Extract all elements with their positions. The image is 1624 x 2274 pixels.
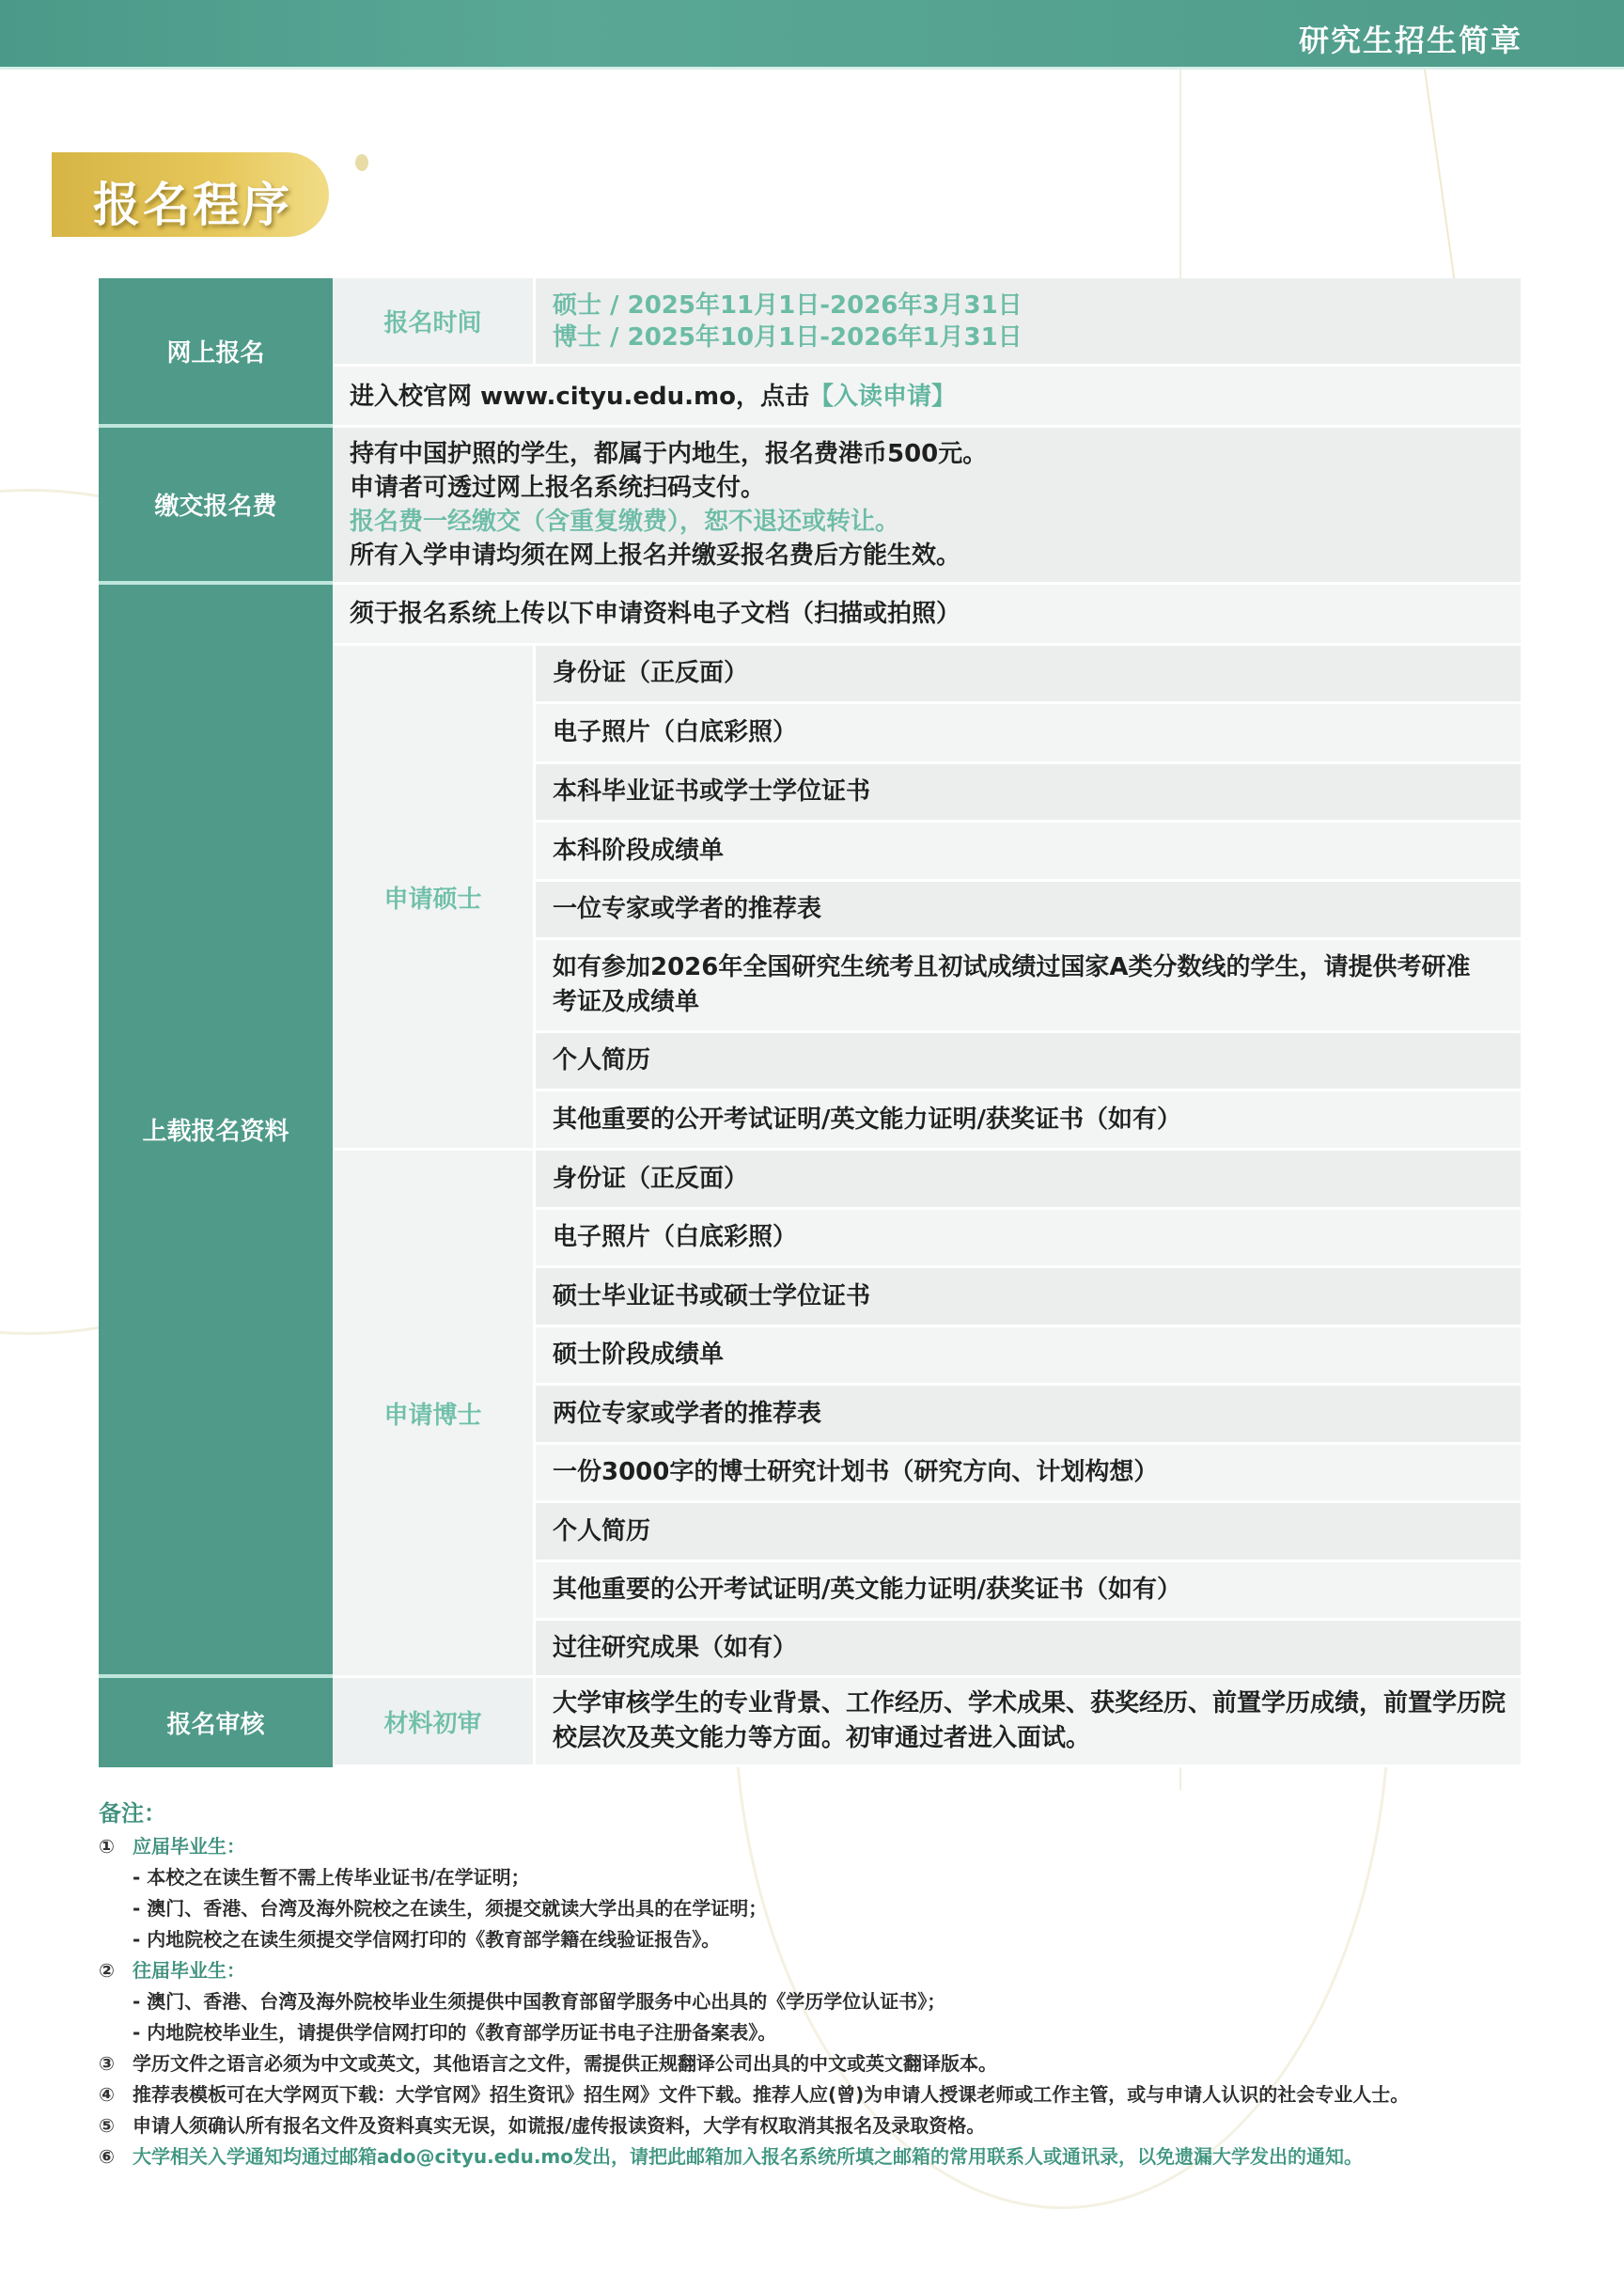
note-line: - 内地院校之在读生须提交学信网打印的《教育部学籍在线验证报告》。 xyxy=(99,1924,1527,1955)
master-item: 电子照片（白底彩照） xyxy=(536,704,1521,764)
row-label-fee: 缴交报名费 xyxy=(99,428,333,585)
row-label-review: 报名审核 xyxy=(99,1678,333,1767)
master-item: 如有参加2026年全国研究生统考且初试成绩过国家A类分数线的学生，请提供考研准考… xyxy=(536,940,1521,1033)
doctor-item: 硕士阶段成绩单 xyxy=(536,1327,1521,1386)
note-number: ⑥ xyxy=(99,2141,133,2172)
review-description: 大学审核学生的专业背景、工作经历、学术成果、获奖经历、前置学历成绩，前置学历院校… xyxy=(536,1678,1521,1767)
master-period: 硕士 / 2025年11月1日-2026年3月31日 xyxy=(553,290,1521,321)
doctor-item: 个人简历 xyxy=(536,1503,1521,1562)
doctor-item: 其他重要的公开考试证明/英文能力证明/获奖证书（如有） xyxy=(536,1562,1521,1621)
note-line: - 澳门、香港、台湾及海外院校之在读生，须提交就读大学出具的在学证明； xyxy=(99,1893,1527,1924)
note-text-email: 大学相关入学通知均通过邮箱ado@cityu.edu.mo发出，请把此邮箱加入报… xyxy=(133,2141,1527,2172)
note-4: ④ 推荐表模板可在大学网页下载：大学官网》招生资讯》招生网》文件下载。推荐人应(… xyxy=(99,2079,1527,2110)
section-title: 报名程序 xyxy=(93,167,292,235)
fee-line: 申请者可透过网上报名系统扫码支付。 xyxy=(350,471,1521,505)
note-5: ⑤ 申请人须确认所有报名文件及资料真实无误，如谎报/虚传报读资料，大学有权取消其… xyxy=(99,2110,1527,2141)
note-line: - 澳门、香港、台湾及海外院校毕业生须提供中国教育部留学服务中心出具的《学历学位… xyxy=(99,1986,1527,2017)
master-item: 一位专家或学者的推荐表 xyxy=(536,882,1521,940)
doctor-item: 硕士毕业证书或硕士学位证书 xyxy=(536,1268,1521,1327)
note-line: - 本校之在读生暂不需上传毕业证书/在学证明； xyxy=(99,1862,1527,1893)
master-item: 其他重要的公开考试证明/英文能力证明/获奖证书（如有） xyxy=(536,1091,1521,1151)
note-text: 学历文件之语言必须为中文或英文，其他语言之文件，需提供正规翻译公司出具的中文或英… xyxy=(133,2048,1527,2079)
website-text: 进入校官网 www.cityu.edu.mo，点击 xyxy=(350,383,809,411)
note-number: ③ xyxy=(99,2048,133,2079)
note-3: ③ 学历文件之语言必须为中文或英文，其他语言之文件，需提供正规翻译公司出具的中文… xyxy=(99,2048,1527,2079)
fee-details: 持有中国护照的学生，都属于内地生，报名费港币500元。 申请者可透过网上报名系统… xyxy=(333,428,1521,585)
doctor-label: 申请博士 xyxy=(333,1151,536,1678)
row-label-upload: 上载报名资料 xyxy=(99,585,333,1678)
doctor-item: 一份3000字的博士研究计划书（研究方向、计划构想） xyxy=(536,1445,1521,1503)
fee-line: 所有入学申请均须在网上报名并缴妥报名费后方能生效。 xyxy=(350,539,1521,572)
apply-link[interactable]: 【入读申请】 xyxy=(809,383,956,411)
brochure-title: 研究生招生简章 xyxy=(1299,17,1522,60)
upload-intro: 须于报名系统上传以下申请资料电子文档（扫描或拍照） xyxy=(333,585,1521,646)
master-item: 个人简历 xyxy=(536,1033,1521,1091)
note-1-heading: ① 应届毕业生： xyxy=(99,1831,1527,1862)
note-2-heading: ② 往届毕业生： xyxy=(99,1955,1527,1986)
doctor-item: 身份证（正反面） xyxy=(536,1151,1521,1210)
note-heading-text: 往届毕业生： xyxy=(133,1955,245,1986)
note-number: ① xyxy=(99,1831,133,1862)
notes-title: 备注： xyxy=(99,1798,1527,1829)
doctor-item: 过往研究成果（如有） xyxy=(536,1621,1521,1678)
decorative-dot-icon xyxy=(355,154,368,171)
note-text: 申请人须确认所有报名文件及资料真实无误，如谎报/虚传报读资料，大学有权取消其报名… xyxy=(133,2110,1527,2141)
row-label-online: 网上报名 xyxy=(99,278,333,428)
note-number: ④ xyxy=(99,2079,133,2110)
doctor-item: 电子照片（白底彩照） xyxy=(536,1210,1521,1268)
note-number: ② xyxy=(99,1955,133,1986)
master-item: 身份证（正反面） xyxy=(536,646,1521,704)
section-title-badge: 报名程序 xyxy=(52,152,329,237)
website-instruction: 进入校官网 www.cityu.edu.mo，点击【入读申请】 xyxy=(333,367,1521,428)
doctor-period: 博士 / 2025年10月1日-2026年1月31日 xyxy=(553,321,1521,353)
note-line: - 内地院校毕业生，请提供学信网打印的《教育部学历证书电子注册备案表》。 xyxy=(99,2017,1527,2048)
master-label: 申请硕士 xyxy=(333,646,536,1151)
doctor-item: 两位专家或学者的推荐表 xyxy=(536,1386,1521,1445)
notes-section: 备注： ① 应届毕业生： - 本校之在读生暂不需上传毕业证书/在学证明； - 澳… xyxy=(99,1798,1527,2172)
note-heading-text: 应届毕业生： xyxy=(133,1831,245,1862)
note-text: 推荐表模板可在大学网页下载：大学官网》招生资讯》招生网》文件下载。推荐人应(曾)… xyxy=(133,2079,1527,2110)
page-header: 研究生招生简章 xyxy=(0,0,1624,70)
time-label: 报名时间 xyxy=(333,278,536,367)
master-item: 本科毕业证书或学士学位证书 xyxy=(536,764,1521,823)
review-sub-label: 材料初审 xyxy=(333,1678,536,1767)
fee-line: 持有中国护照的学生，都属于内地生，报名费港币500元。 xyxy=(350,437,1521,471)
note-6: ⑥ 大学相关入学通知均通过邮箱ado@cityu.edu.mo发出，请把此邮箱加… xyxy=(99,2141,1527,2172)
registration-period: 硕士 / 2025年11月1日-2026年3月31日 博士 / 2025年10月… xyxy=(536,278,1521,367)
fee-line-refund: 报名费一经缴交（含重复缴费），恕不退还或转让。 xyxy=(350,505,1521,539)
note-number: ⑤ xyxy=(99,2110,133,2141)
master-item: 本科阶段成绩单 xyxy=(536,823,1521,882)
